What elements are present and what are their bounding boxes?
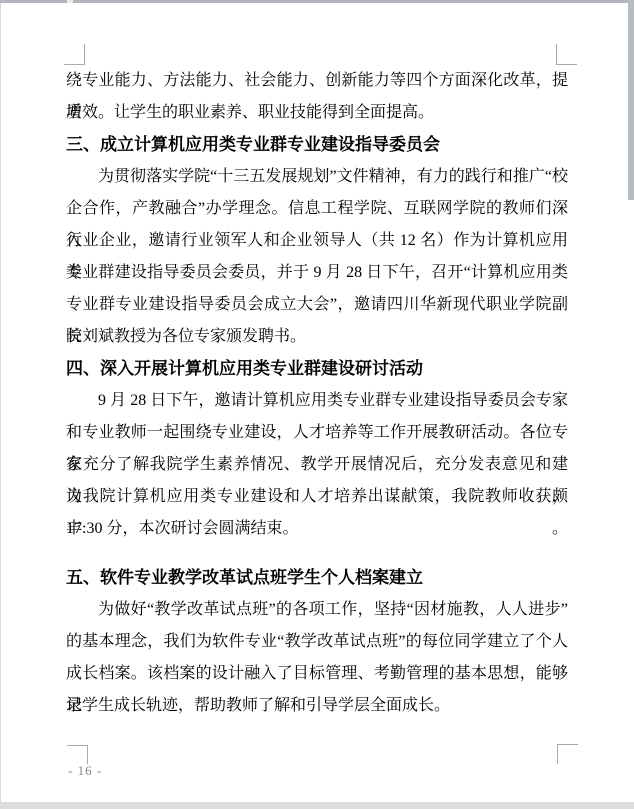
body-text-line: 长刘斌教授为各位专家颁发聘书。 <box>66 321 568 353</box>
vertical-scrollbar-thumb[interactable] <box>628 0 634 200</box>
section-heading: 五、软件专业教学改革试点班学生个人档案建立 <box>66 562 568 594</box>
page-left-edge <box>0 3 1 802</box>
body-text-line: 专业群建设指导委员会委员，并于 9 月 28 日下午，召开“计算机应用类 <box>66 257 568 289</box>
crop-mark-top-right <box>556 44 577 65</box>
section-heading: 三、成立计算机应用类专业群专业建设指导委员会 <box>66 129 568 161</box>
body-text-line: 专业群专业建设指导委员会成立大会”，邀请四川华新现代职业学院副院 <box>66 289 568 321</box>
body-text-line: 的基本理念，我们为软件专业“教学改革试点班”的每位同学建立了个人 <box>66 626 568 658</box>
crop-mark-top-left <box>64 44 85 65</box>
page-bottom-background <box>0 802 634 809</box>
body-text-line: 录学生成长轨迹，帮助教师了解和引导学层全面成长。 <box>66 690 568 722</box>
body-text-line: 和专业教师一起围绕专业建设，人才培养等工作开展教研活动。各位专家 <box>66 417 568 449</box>
body-text-line: 为我院计算机应用类专业建设和人才培养出谋献策，我院教师收获颇丰。 <box>66 481 568 513</box>
body-text-line: 在充分了解我院学生素养情况、教学开展情况后，充分发表意见和建议， <box>66 449 568 481</box>
body-text-line: 企合作，产教融合”办学理念。信息工程学院、互联网学院的教师们深入 <box>66 193 568 225</box>
body-text-line: 成长档案。该档案的设计融入了目标管理、考勤管理的基本思想，能够记 <box>66 658 568 690</box>
body-text-line: 9 月 28 日下午，邀请计算机应用类专业群专业建设指导委员会专家 <box>66 385 568 417</box>
body-text-line: 绕专业能力、方法能力、社会能力、创新能力等四个方面深化改革，提质 <box>66 65 568 97</box>
caret-artifact <box>67 0 73 3</box>
body-text-line: 为贯彻落实学院“十三五发展规划”文件精神，有力的践行和推广“校 <box>66 161 568 193</box>
body-text-line: 增效。让学生的职业素养、职业技能得到全面提高。 <box>66 97 568 129</box>
document-text-block: 绕专业能力、方法能力、社会能力、创新能力等四个方面深化改革，提质增效。让学生的职… <box>66 65 568 722</box>
page-number: - 16 - <box>68 762 102 780</box>
window-top-edge <box>0 0 634 3</box>
body-text-line: 行业企业，邀请行业领军人和企业领导人（共 12 名）作为计算机应用类 <box>66 225 568 257</box>
crop-mark-bottom-right <box>557 744 578 764</box>
body-text-line: 为做好“教学改革试点班”的各项工作，坚持“因材施教，人人进步” <box>66 594 568 626</box>
section-heading: 四、深入开展计算机应用类专业群建设研讨活动 <box>66 353 568 385</box>
